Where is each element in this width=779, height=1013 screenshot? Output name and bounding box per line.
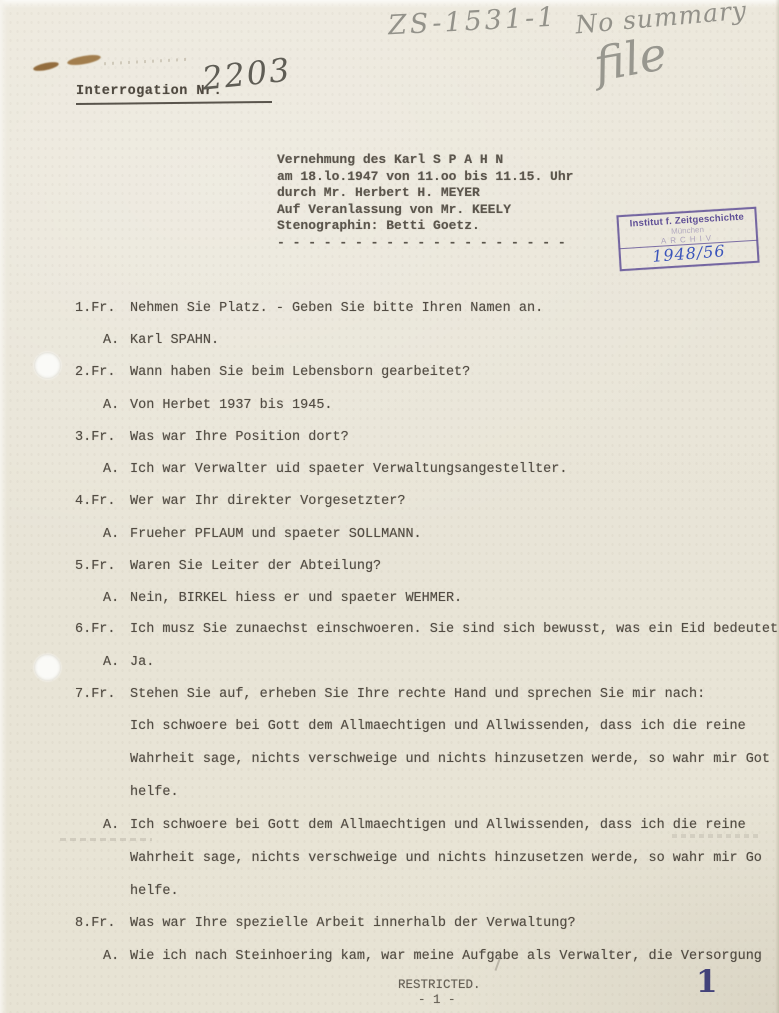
scan-edge-left xyxy=(0,0,7,1013)
page-number: - 1 - xyxy=(418,993,456,1007)
question-label: 3.Fr. xyxy=(75,430,116,445)
scan-artifact xyxy=(672,834,762,838)
header-line: Stenographin: Betti Goetz. xyxy=(277,218,480,233)
question-text: Ich schwoere bei Gott dem Allmaechtigen … xyxy=(130,719,746,734)
divider-dashes: - - - - - - - - - - - - - - - - - - - xyxy=(277,235,566,250)
answer-text: Ja. xyxy=(130,655,154,670)
archive-stamp: Institut f. Zeitgeschichte München ARCHI… xyxy=(616,207,759,271)
answer-label: A. xyxy=(103,462,119,477)
answer-label: A. xyxy=(103,398,119,413)
title-underline xyxy=(76,101,272,105)
answer-label: A. xyxy=(103,591,119,606)
answer-text: Von Herbet 1937 bis 1945. xyxy=(130,398,333,413)
question-label: 7.Fr. xyxy=(75,687,116,702)
punch-hole xyxy=(34,654,61,681)
answer-text: Wie ich nach Steinhoering kam, war meine… xyxy=(130,949,762,964)
question-label: 8.Fr. xyxy=(75,916,116,931)
scan-edge-right xyxy=(775,0,779,1013)
answer-text: helfe. xyxy=(130,884,179,899)
header-line: Vernehmung des Karl S P A H N xyxy=(277,152,503,167)
question-text: Wann haben Sie beim Lebensborn gearbeite… xyxy=(130,365,470,380)
scan-artifact xyxy=(60,838,152,841)
question-text: Stehen Sie auf, erheben Sie Ihre rechte … xyxy=(130,687,705,702)
question-text: helfe. xyxy=(130,785,179,800)
interrogation-title: Interrogation Nr. xyxy=(76,84,222,99)
handwritten-file-note: file xyxy=(590,26,671,92)
answer-label: A. xyxy=(103,655,119,670)
ink-smudge xyxy=(67,53,102,67)
question-text: Wahrheit sage, nichts verschweige und ni… xyxy=(130,752,770,767)
document-page: ZS-1531-1 No summary file Interrogation … xyxy=(0,0,779,1013)
question-label: 2.Fr. xyxy=(75,365,116,380)
header-line: am 18.lo.1947 von 11.oo bis 11.15. Uhr xyxy=(277,169,573,184)
answer-label: A. xyxy=(103,949,119,964)
question-text: Ich musz Sie zunaechst einschwoeren. Sie… xyxy=(130,622,778,637)
answer-label: A. xyxy=(103,818,119,833)
question-text: Was war Ihre spezielle Arbeit innerhalb … xyxy=(130,916,576,931)
ink-smudge-trail xyxy=(104,58,190,65)
question-label: 4.Fr. xyxy=(75,494,116,509)
question-label: 6.Fr. xyxy=(75,622,116,637)
answer-text: Ich schwoere bei Gott dem Allmaechtigen … xyxy=(130,818,746,833)
ink-smudge xyxy=(33,60,60,72)
answer-label: A. xyxy=(103,527,119,542)
answer-label: A. xyxy=(103,333,119,348)
header-line: durch Mr. Herbert H. MEYER xyxy=(277,185,480,200)
question-text: Was war Ihre Position dort? xyxy=(130,430,349,445)
answer-text: Nein, BIRKEL hiess er und spaeter WEHMER… xyxy=(130,591,462,606)
answer-text: Frueher PFLAUM und spaeter SOLLMANN. xyxy=(130,527,422,542)
answer-text: Wahrheit sage, nichts verschweige und ni… xyxy=(130,851,762,866)
answer-text: Karl SPAHN. xyxy=(130,333,219,348)
punch-hole xyxy=(34,352,61,379)
handwritten-interrogation-number: 2203 xyxy=(200,50,293,97)
answer-text: Ich war Verwalter uid spaeter Verwaltung… xyxy=(130,462,567,477)
handwritten-page-number: 1 xyxy=(696,964,718,1000)
question-label: 1.Fr. xyxy=(75,301,116,316)
question-text: Wer war Ihr direkter Vorgesetzter? xyxy=(130,494,405,509)
question-text: Waren Sie Leiter der Abteilung? xyxy=(130,559,381,574)
classification-footer: RESTRICTED. xyxy=(398,978,481,992)
header-line: Auf Veranlassung von Mr. KEELY xyxy=(277,202,511,217)
question-text: Nehmen Sie Platz. - Geben Sie bitte Ihre… xyxy=(130,301,543,316)
question-label: 5.Fr. xyxy=(75,559,116,574)
